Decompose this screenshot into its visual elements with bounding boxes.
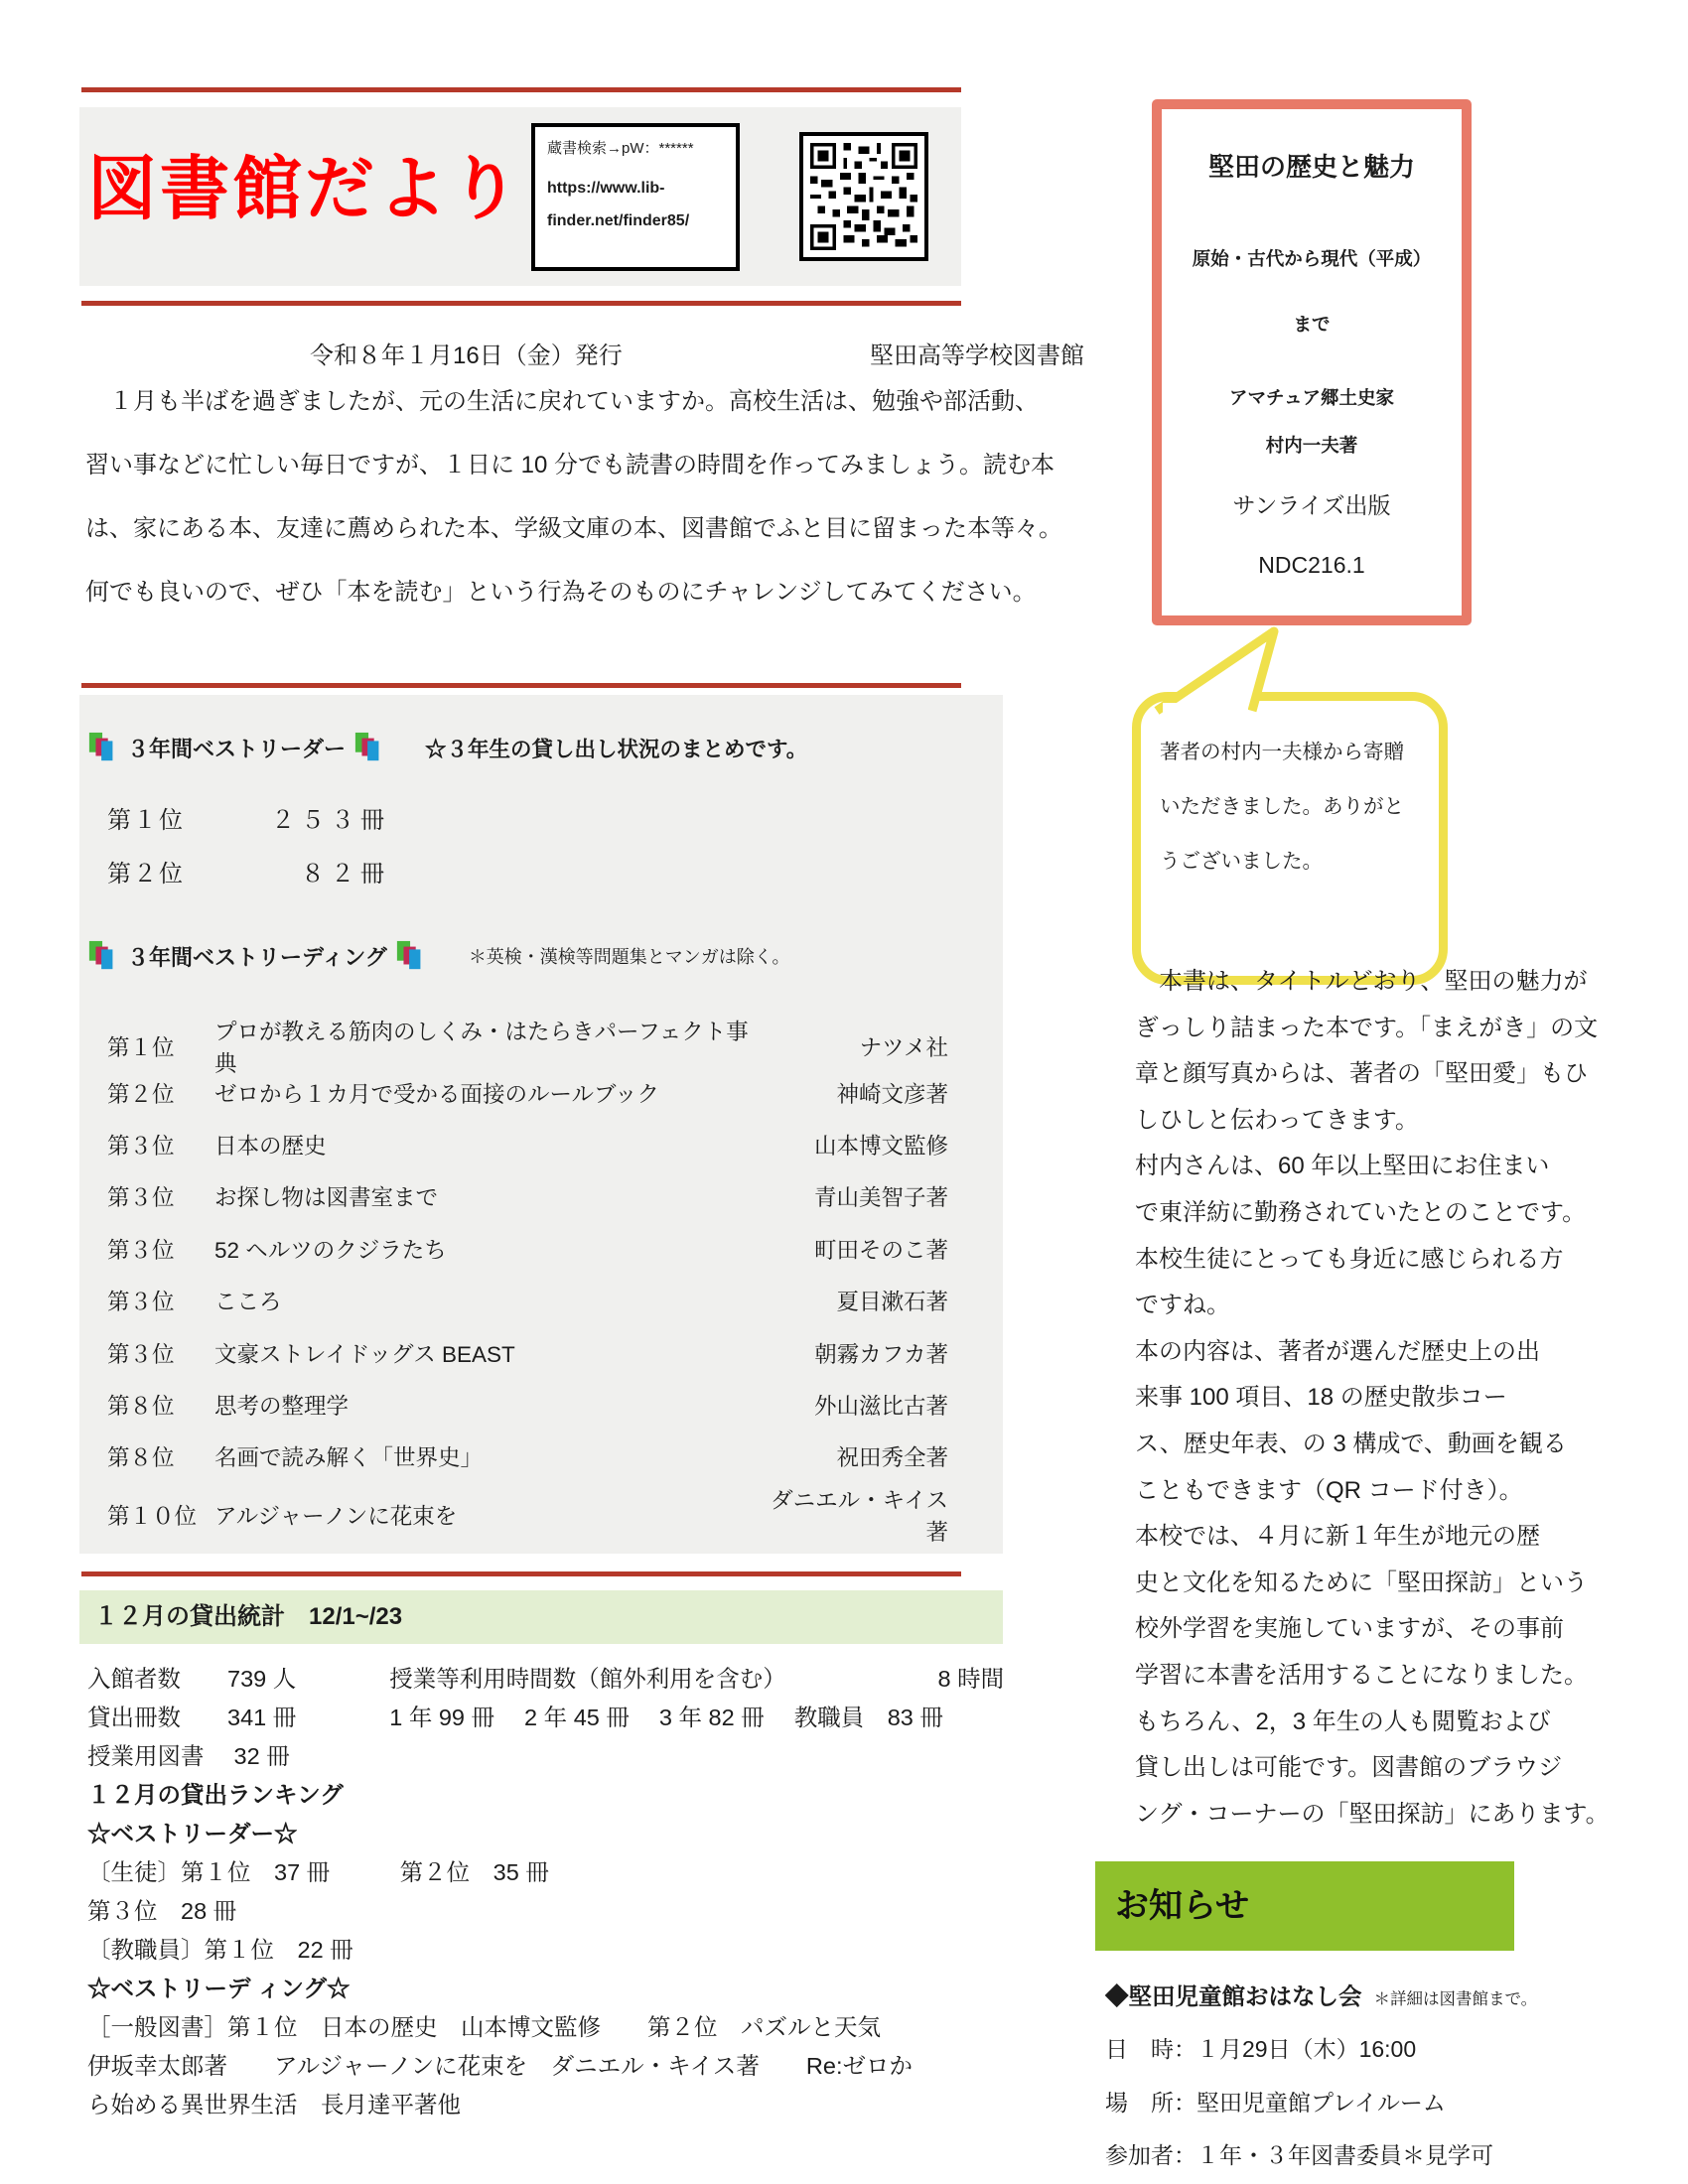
- newsletter-title: 図書館だより: [87, 151, 522, 227]
- rank-label: 第２位: [107, 1077, 214, 1109]
- book-author: ナツメ社: [771, 1030, 948, 1062]
- rank-label: 第１位: [107, 1030, 214, 1062]
- featured-book-card: 堅田の歴史と魅力 原始・古代から現代（平成） まで アマチュア郷土史家 村内一夫…: [1152, 99, 1472, 625]
- stats-line: ☆ベストリーデ ィング☆: [87, 1970, 1070, 2008]
- top-rule-divider: [81, 87, 961, 92]
- rank-label: 第３位: [107, 1337, 214, 1369]
- book-review-paragraph: 本書は、タイトルどおり、堅田の魅力が ぎっしり詰まった本です。「まえがき」の文 …: [1135, 959, 1636, 1838]
- books-icon: [353, 731, 385, 764]
- rank-label: 第２位: [107, 854, 216, 888]
- ranking-panel: ３年間ベストリーダー ☆３年生の貸し出し状況のまとめです。 第１位 ２５３冊 第…: [79, 695, 1003, 1554]
- book-title: アルジャーノンに花束を: [214, 1499, 771, 1531]
- best-reader-row: 第１位 ２５３冊: [79, 800, 390, 835]
- ranking-row: 第８位 思考の整理学 外山滋比古著: [79, 1379, 1003, 1431]
- stats-line: 〔生徒〕第１位 37 冊 第２位 35 冊: [87, 1853, 1070, 1892]
- stats-block: 入館者数 739 人 授業等利用時間数（館外利用を含む） 8 時間 貸出冊数 3…: [87, 1660, 1070, 2124]
- ranking-row: 第３位 お探し物は図書室まで 青山美智子著: [79, 1170, 1003, 1222]
- book-title: 思考の整理学: [214, 1389, 771, 1421]
- book-author: 山本博文監修: [771, 1129, 948, 1160]
- best-reading-list: 第１位 プロが教える筋肉のしくみ・はたらきパーフェクト事典 ナツメ社 第２位 ゼ…: [79, 1015, 1003, 1535]
- catalog-search-box: 蔵書検索→pW：****** https://www.lib- finder.n…: [531, 123, 740, 271]
- count-value: ８２冊: [216, 854, 390, 888]
- book-title: 名画で読み解く「世界史」: [214, 1440, 771, 1472]
- books-icon: [395, 939, 427, 973]
- stats-line: ら始める異世界生活 長月達平著他: [87, 2086, 1070, 2124]
- issue-line: 令和８年１月16日（金）発行 堅田高等学校図書館: [310, 336, 1084, 370]
- book-author: 外山滋比古著: [771, 1389, 948, 1421]
- notice-header: お知らせ: [1095, 1861, 1514, 1951]
- best-reader-heading: ３年間ベストリーダー: [127, 733, 346, 763]
- books-icon: [87, 939, 119, 973]
- book-title: こころ: [214, 1285, 771, 1316]
- stats-line: 貸出冊数 341 冊 1 年 99 冊 2 年 45 冊 3 年 82 冊 教職…: [87, 1699, 1070, 1737]
- rank-label: 第３位: [107, 1180, 214, 1212]
- masthead-rule-divider: [81, 301, 961, 306]
- rank-label: 第３位: [107, 1129, 214, 1160]
- best-reader-row: 第２位 ８２冊: [79, 854, 390, 888]
- catalog-password-line: 蔵書検索→pW：******: [547, 137, 724, 158]
- book-author: 町田そのこ著: [771, 1233, 948, 1265]
- book-author: 朝霧カフカ著: [771, 1337, 948, 1369]
- ranking-row: 第３位 こころ 夏目漱石著: [79, 1275, 1003, 1326]
- ranking-row: 第１位 プロが教える筋肉のしくみ・はたらきパーフェクト事典 ナツメ社: [79, 1015, 1003, 1066]
- book-author: 青山美智子著: [771, 1180, 948, 1212]
- rank-label: 第８位: [107, 1440, 214, 1472]
- book-card-author: 村内一夫著: [1162, 432, 1462, 458]
- issuer: 堅田高等学校図書館: [870, 336, 1084, 370]
- book-card-ndc: NDC216.1: [1162, 552, 1462, 579]
- book-title: 52 ヘルツのクジラたち: [214, 1233, 771, 1265]
- stats-line: 入館者数 739 人 授業等利用時間数（館外利用を含む） 8 時間: [87, 1660, 1070, 1699]
- event-datetime: 日 時：１月29日（木）16:00: [1105, 2023, 1493, 2077]
- book-author: 夏目漱石著: [771, 1285, 948, 1316]
- intro-paragraph: １月も半ばを過ぎましたが、元の生活に戻れていますか。高校生活は、勉強や部活動、 …: [85, 370, 1108, 624]
- book-card-title: 堅田の歴史と魅力: [1162, 147, 1462, 184]
- ranking-row: 第３位 文豪ストレイドッグス BEAST 朝霧カフカ著: [79, 1326, 1003, 1378]
- catalog-url: https://www.lib- finder.net/finder85/: [547, 172, 724, 237]
- rank-label: 第３位: [107, 1233, 214, 1265]
- stats-line: 授業用図書 32 冊: [87, 1737, 1070, 1776]
- book-card-author-role: アマチュア郷土史家: [1162, 384, 1462, 410]
- ranking-top-rule: [81, 683, 961, 688]
- qr-code-box: [799, 132, 928, 261]
- newsletter-page: 図書館だより 蔵書検索→pW：****** https://www.lib- f…: [0, 0, 1688, 2184]
- book-title: 日本の歴史: [214, 1129, 771, 1160]
- ranking-row: 第３位 52 ヘルツのクジラたち 町田そのこ著: [79, 1223, 1003, 1275]
- rank-label: 第３位: [107, 1285, 214, 1316]
- book-card-subtitle: まで: [1162, 311, 1462, 337]
- event-title: ◆堅田児童館おはなし会: [1105, 1978, 1362, 2011]
- book-card-publisher: サンライズ出版: [1162, 487, 1462, 520]
- rank-label: 第８位: [107, 1389, 214, 1421]
- count-value: ２５３冊: [216, 800, 390, 835]
- best-reading-note: ＊英検・漢検等問題集とマンガは除く。: [469, 943, 790, 969]
- stats-top-rule: [81, 1571, 961, 1576]
- stats-line: 伊坂幸太郎著 アルジャーノンに花束を ダニエル・キイス著 Re:ゼロか: [87, 2047, 1070, 2086]
- issue-date: 令和８年１月16日（金）発行: [310, 336, 623, 370]
- qr-code-icon: [810, 143, 917, 250]
- event-title-row: ◆堅田児童館おはなし会 ＊詳細は図書館まで。: [1105, 1978, 1537, 2011]
- rank-label: 第１０位: [107, 1499, 214, 1531]
- event-details: 日 時：１月29日（木）16:00 場 所：堅田児童館プレイルーム 参加者：１年…: [1105, 2023, 1493, 2183]
- stats-header: １２月の貸出統計 12/1~/23: [79, 1590, 1003, 1644]
- best-reader-subheading: ☆３年生の貸し出し状況のまとめです。: [425, 733, 807, 763]
- ranking-row: 第１０位 アルジャーノンに花束を ダニエル・キイス著: [79, 1483, 1003, 1535]
- book-author: 祝田秀全著: [771, 1440, 948, 1472]
- stats-line: ［一般図書］第１位 日本の歴史 山本博文監修 第２位 パズルと天気: [87, 2008, 1070, 2047]
- book-title: 文豪ストレイドッグス BEAST: [214, 1337, 771, 1369]
- books-icon: [87, 731, 119, 764]
- stats-line: ☆ベストリーダー☆: [87, 1815, 1070, 1853]
- speech-bubble-tail: [1147, 623, 1306, 715]
- ranking-row: 第８位 名画で読み解く「世界史」 祝田秀全著: [79, 1431, 1003, 1482]
- stats-line: 第３位 28 冊: [87, 1892, 1070, 1931]
- event-note: ＊詳細は図書館まで。: [1374, 1985, 1538, 2009]
- ranking-row: 第３位 日本の歴史 山本博文監修: [79, 1119, 1003, 1170]
- best-reader-heading-row: ３年間ベストリーダー ☆３年生の貸し出し状況のまとめです。: [87, 731, 807, 764]
- event-place: 場 所：堅田児童館プレイルーム: [1105, 2077, 1493, 2130]
- best-reading-heading-row: ３年間ベストリーディング ＊英検・漢検等問題集とマンガは除く。: [87, 939, 789, 973]
- book-author: 神崎文彦著: [771, 1077, 948, 1109]
- book-card-subtitle: 原始・古代から現代（平成）: [1162, 245, 1462, 271]
- rank-label: 第１位: [107, 800, 216, 835]
- stats-line: １２月の貸出ランキング: [87, 1776, 1070, 1815]
- best-reading-heading: ３年間ベストリーディング: [127, 941, 387, 972]
- stats-line: 〔教職員〕第１位 22 冊: [87, 1931, 1070, 1970]
- book-title: ゼロから１カ月で受かる面接のルールブック: [214, 1077, 771, 1109]
- event-participants: 参加者：１年・３年図書委員＊見学可: [1105, 2129, 1493, 2183]
- book-author: ダニエル・キイス著: [771, 1483, 948, 1547]
- book-title: お探し物は図書室まで: [214, 1180, 771, 1212]
- donation-note: 著者の村内一夫様から寄贈 いただきました。ありがと うございました。: [1160, 725, 1404, 888]
- book-title: プロが教える筋肉のしくみ・はたらきパーフェクト事典: [214, 1015, 771, 1078]
